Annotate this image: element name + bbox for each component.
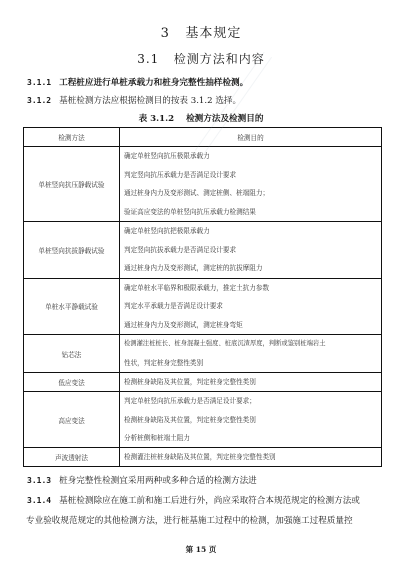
- table-header-row: 检测方法 检测目的: [24, 128, 382, 147]
- section-title: 检测方法和内容: [174, 52, 265, 66]
- purpose-line: 检测桩身缺陷及其位置，判定桩身完整性类别: [124, 373, 381, 391]
- purpose-cell: 确定单桩竖向抗把极限承载力 判定竖向抗拔承载力是否满足设计要求 通过桩身内力及变…: [120, 222, 382, 279]
- table-row: 高应变法 判定单桩竖向抗压承载力是否满足设计要求； 检测桩身缺陷及其位置，判定桩…: [24, 392, 382, 448]
- table-row: 钻芯法 检测灌注桩桩长、桩身混凝土强度、桩底沉渣厚度，判断或鉴别桩端岩土 性状，…: [24, 335, 382, 373]
- chapter-number: 3: [161, 26, 170, 41]
- purpose-cell: 确定单桩竖向抗压极限承载力 判定竖向抗压承载力是否满足设计要求 通过桩身内力及变…: [120, 147, 382, 222]
- purpose-line: 判定单桩竖向抗压承载力是否满足设计要求；: [124, 392, 381, 411]
- method-cell: 低应变法: [24, 373, 120, 392]
- table-row: 低应变法 检测桩身缺陷及其位置，判定桩身完整性类别: [24, 373, 382, 392]
- purpose-cell: 检测桩身缺陷及其位置，判定桩身完整性类别: [120, 373, 382, 392]
- purpose-line: 判定竖向抗压承载力是否满足设计要求: [124, 166, 381, 185]
- table-row: 单桩竖向抗压静载试验 确定单桩竖向抗压极限承载力 判定竖向抗压承载力是否满足设计…: [24, 147, 382, 222]
- clause-3-1-4-continuation: 专业验收规范规定的其他检测方法，进行桩基施工过程中的检测，加强施工过程质量控: [26, 514, 353, 526]
- detection-methods-table: 检测方法 检测目的 单桩竖向抗压静载试验 确定单桩竖向抗压极限承载力 判定竖向抗…: [23, 127, 382, 467]
- table-caption-title: 检测方法及检测目的: [186, 114, 263, 124]
- clause-3-1-2: 3.1.2基桩检测方法应根据检测目的按表 3.1.2 选择。: [27, 94, 241, 106]
- section-heading: 3.1 检测方法和内容: [0, 50, 402, 67]
- purpose-cell: 检测灌注桩桩身缺陷及其位置，判定桩身完整性类别: [120, 448, 382, 467]
- page-number: 第 15 页: [0, 544, 402, 555]
- clause-number: 3.1.2: [27, 96, 51, 105]
- section-number: 3.1: [137, 52, 159, 66]
- purpose-cell: 确定单桩水平临界和极限承载力，推定土抗力参数 判定水平承载力是否满足设计要求 通…: [120, 278, 382, 335]
- clause-number: 3.1.1: [27, 78, 51, 87]
- method-cell: 单桩竖向抗拔静载试验: [24, 222, 120, 279]
- clause-text: 基桩检测方法应根据检测目的按表 3.1.2 选择。: [59, 96, 241, 106]
- purpose-line: 确定单桩竖向抗压极限承载力: [124, 147, 381, 166]
- purpose-line: 确定单桩水平临界和极限承载力，推定土抗力参数: [124, 279, 381, 298]
- purpose-cell: 检测灌注桩桩长、桩身混凝土强度、桩底沉渣厚度，判断或鉴别桩端岩土 性状，判定桩身…: [120, 335, 382, 373]
- purpose-line: 分析桩侧和桩端土阻力: [124, 429, 381, 447]
- clause-3-1-1: 3.1.1工程桩应进行单桩承载力和桩身完整性抽样检测。: [27, 76, 248, 88]
- purpose-line: 检测桩身缺陷及其位置，判定桩身完整性类别: [124, 411, 381, 430]
- method-cell: 单桩水平静载试验: [24, 278, 120, 335]
- clause-number: 3.1.4: [27, 496, 51, 505]
- method-cell: 声波透射法: [24, 448, 120, 467]
- table-row: 单桩竖向抗拔静载试验 确定单桩竖向抗把极限承载力 判定竖向抗拔承载力是否满足设计…: [24, 222, 382, 279]
- header-method: 检测方法: [24, 128, 120, 147]
- method-cell: 钻芯法: [24, 335, 120, 373]
- clause-3-1-4: 3.1.4基桩检测除应在施工前和施工后进行外，尚应采取符合本规范规定的检测方法或: [27, 494, 360, 506]
- purpose-line: 性状，判定桩身完整性类别: [124, 354, 381, 373]
- purpose-line: 检测灌注桩桩长、桩身混凝土强度、桩底沉渣厚度，判断或鉴别桩端岩土: [124, 335, 381, 354]
- chapter-heading: 3 基本规定: [0, 22, 402, 41]
- clause-text: 桩身完整性检测宜采用两种或多种合适的检测方法进: [59, 476, 257, 486]
- clause-text: 工程桩应进行单桩承载力和桩身完整性抽样检测。: [59, 78, 248, 88]
- purpose-line: 判定竖向抗拔承载力是否满足设计要求: [124, 241, 381, 260]
- table-row: 声波透射法 检测灌注桩桩身缺陷及其位置，判定桩身完整性类别: [24, 448, 382, 467]
- purpose-line: 判定水平承载力是否满足设计要求: [124, 297, 381, 316]
- table-row: 单桩水平静载试验 确定单桩水平临界和极限承载力，推定土抗力参数 判定水平承载力是…: [24, 278, 382, 335]
- clause-number: 3.1.3: [27, 476, 51, 485]
- purpose-line: 确定单桩竖向抗把极限承载力: [124, 222, 381, 241]
- purpose-line: 通过桩身内力及变形测试，测定桩身弯矩: [124, 316, 381, 335]
- table-caption-number: 表 3.1.2: [139, 114, 175, 124]
- purpose-line: 通过桩身内力及变形测试，测定桩的抗拔摩阻力: [124, 259, 381, 278]
- purpose-cell: 判定单桩竖向抗压承载力是否满足设计要求； 检测桩身缺陷及其位置，判定桩身完整性类…: [120, 392, 382, 448]
- purpose-line: 通过桩身内力及变形测试、测定桩侧、桩端阻力；: [124, 184, 381, 203]
- purpose-line: 验证高应变法的单桩竖向抗压承载力检测结果: [124, 203, 381, 222]
- method-cell: 单桩竖向抗压静载试验: [24, 147, 120, 222]
- clause-text: 基桩检测除应在施工前和施工后进行外，尚应采取符合本规范规定的检测方法或: [59, 496, 360, 506]
- method-cell: 高应变法: [24, 392, 120, 448]
- table-caption: 表 3.1.2检测方法及检测目的: [0, 112, 402, 124]
- chapter-title: 基本规定: [185, 26, 241, 41]
- purpose-line: 检测灌注桩桩身缺陷及其位置，判定桩身完整性类别: [124, 448, 381, 466]
- clause-3-1-3: 3.1.3桩身完整性检测宜采用两种或多种合适的检测方法进: [27, 474, 257, 486]
- header-purpose: 检测目的: [120, 128, 382, 147]
